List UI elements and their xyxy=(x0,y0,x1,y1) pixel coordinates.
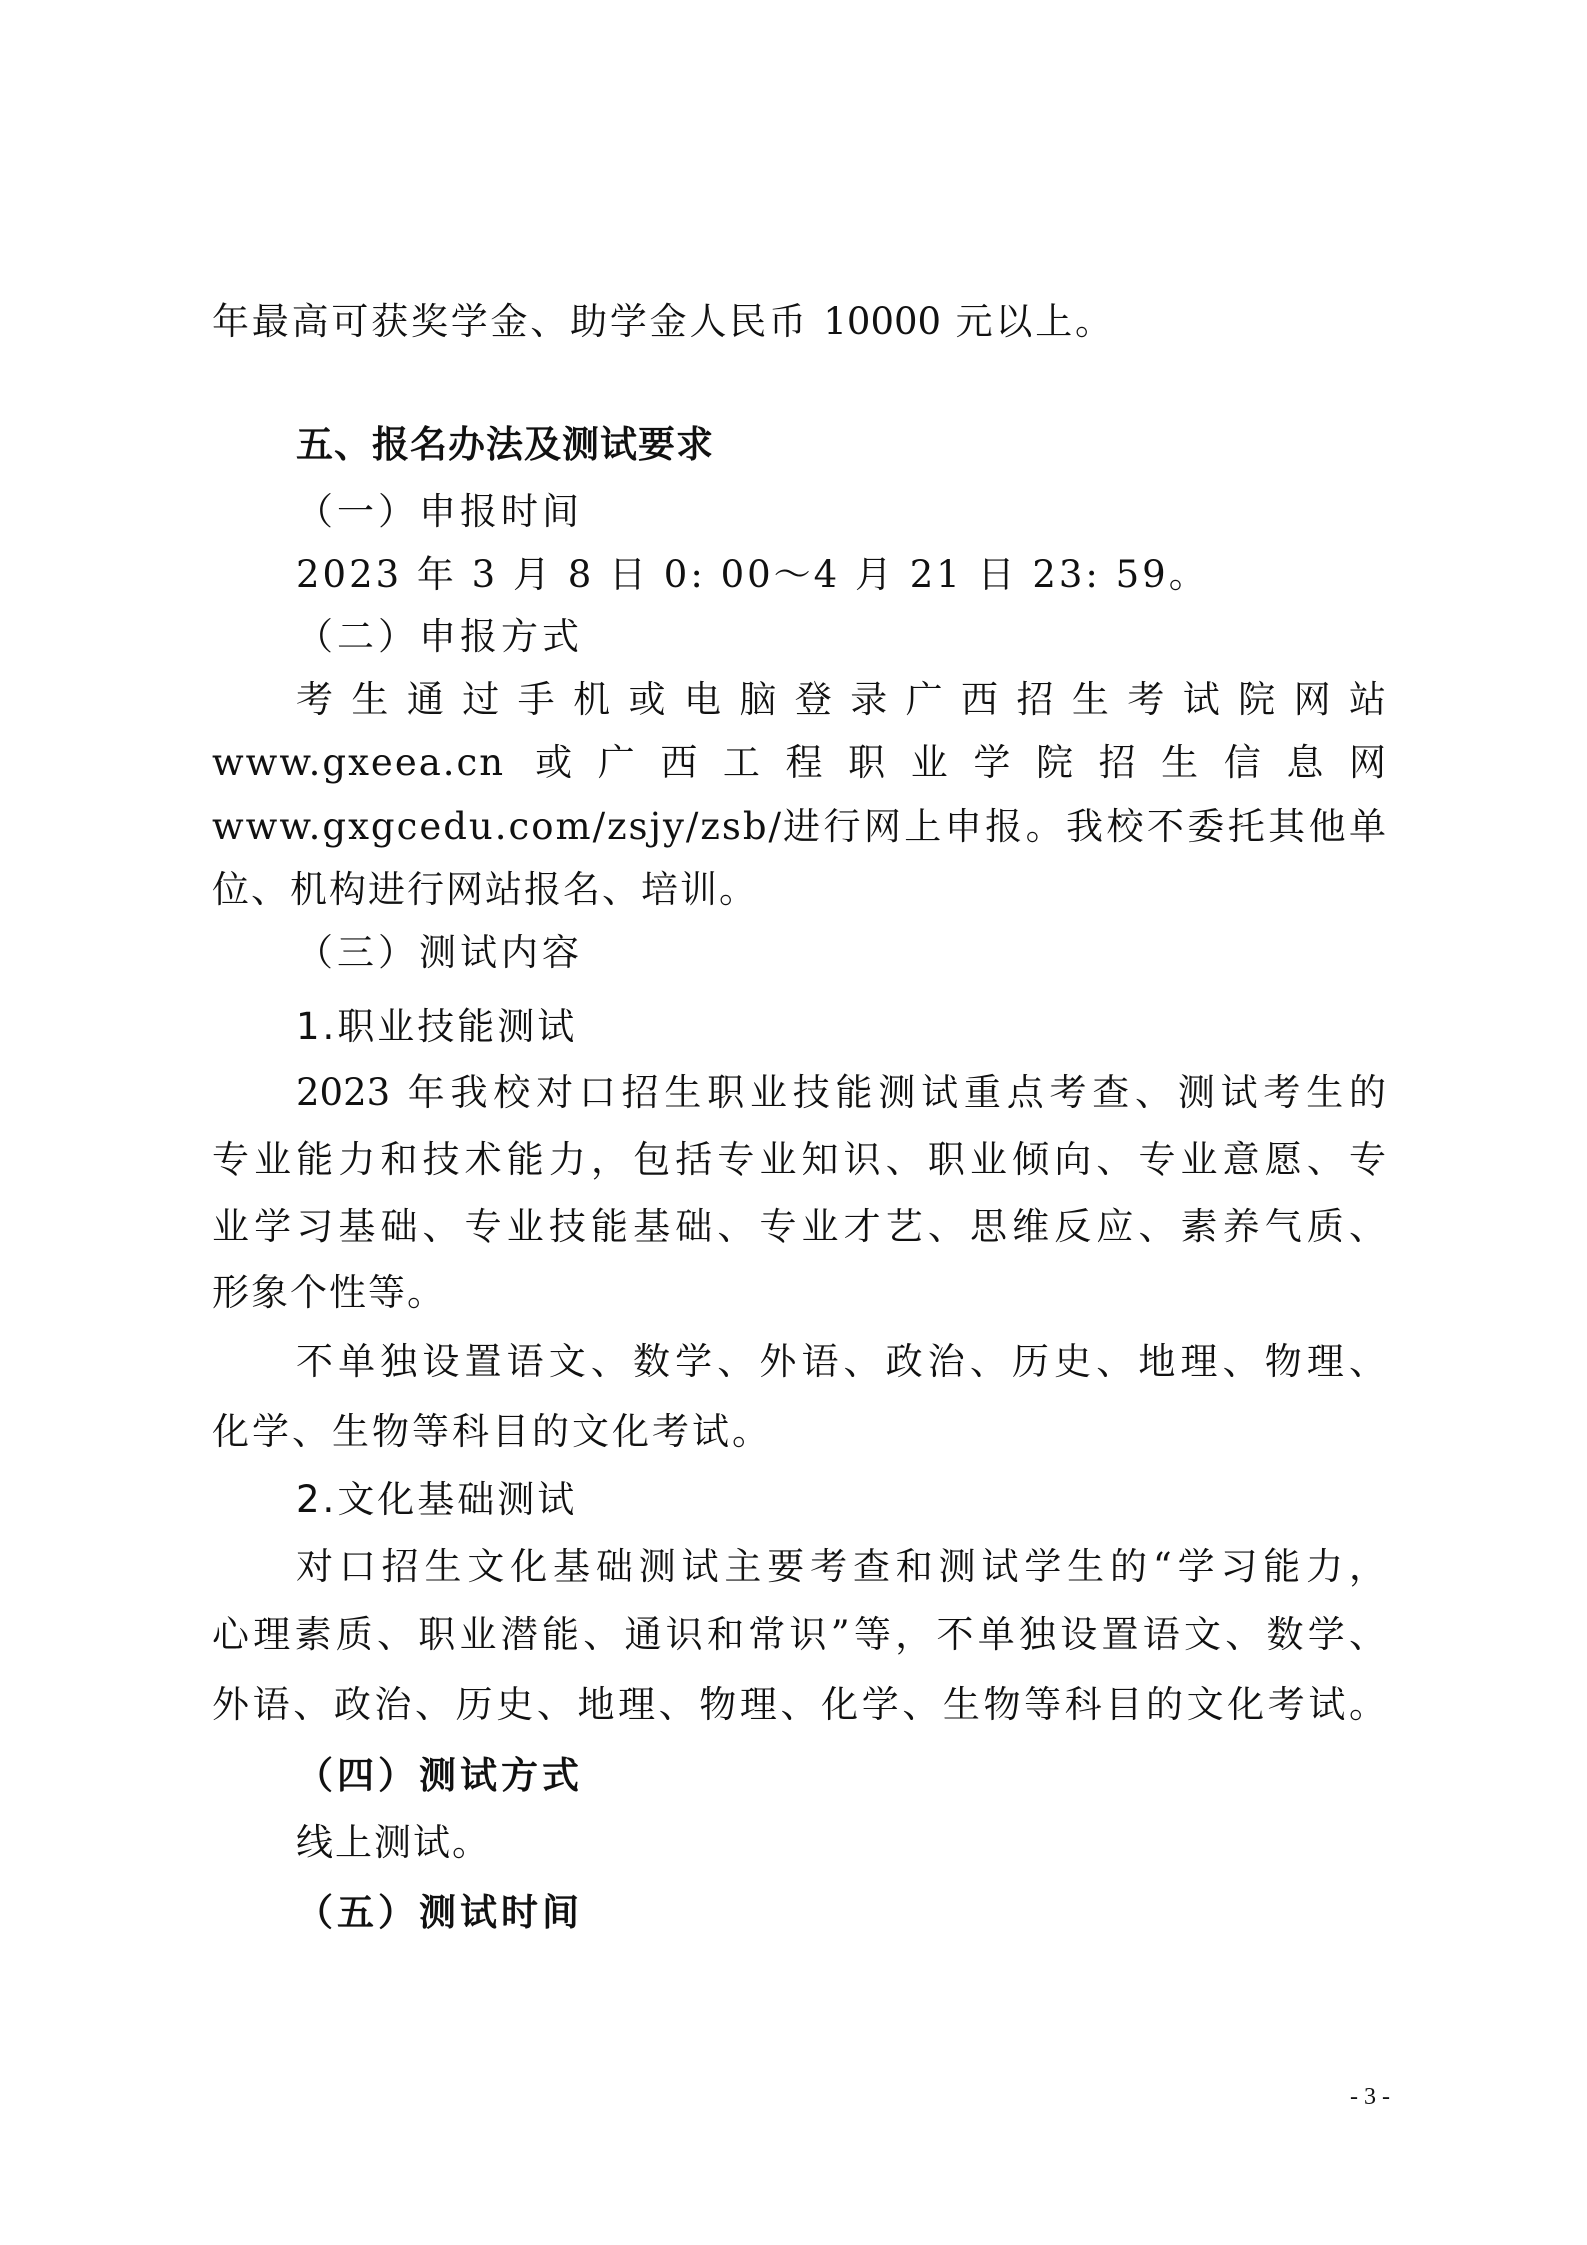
paragraph-line: www.gxeea.cn 或广西工程职业学院招生信息网 xyxy=(212,740,1386,786)
paragraph-text: 形象个性等。 xyxy=(212,1271,446,1314)
subsection-title-application-method: （二）申报方式 xyxy=(296,614,1386,660)
subsection-title-test-method: （四）测试方式 xyxy=(296,1752,1386,1798)
application-time-range: 2023 年 3 月 8 日 0: 00～4 月 21 日 23: 59。 xyxy=(296,552,1386,598)
paragraph-line: 对口招生文化基础测试主要考查和测试学生的“学习能力， xyxy=(296,1544,1386,1590)
subsection-title-text: （一）申报时间 xyxy=(296,490,583,533)
paragraph-line: 专业能力和技术能力，包括专业知识、职业倾向、专业意愿、专 xyxy=(212,1137,1386,1183)
paragraph-line: 2023 年我校对口招生职业技能测试重点考查、测试考生的 xyxy=(296,1070,1386,1116)
paragraph-line: 心理素质、职业潜能、通识和常识”等，不单独设置语文、数学、 xyxy=(212,1612,1386,1658)
item-number: 1. xyxy=(296,1005,337,1048)
paragraph-text: 化学、生物等科目的文化考试。 xyxy=(212,1410,772,1453)
section-heading-text: 五、报名办法及测试要求 xyxy=(296,423,714,466)
paragraph-line: www.gxgcedu.com/zsjy/zsb/ 进行网上申报。我校不委托其他… xyxy=(212,804,1386,850)
paragraph-line: 业学习基础、专业技能基础、专业才艺、思维反应、素养气质、 xyxy=(212,1204,1386,1250)
item-title-text: 职业技能测试 xyxy=(337,1005,577,1048)
paragraph-text: 或广西工程职业学院招生信息网 xyxy=(535,740,1386,786)
paragraph-line: 外语、政治、历史、地理、物理、化学、生物等科目的文化考试。 xyxy=(212,1682,1386,1728)
subsection-title-test-content: （三）测试内容 xyxy=(296,930,1386,976)
paragraph-text: 专业能力和技术能力，包括专业知识、职业倾向、专业意愿、专 xyxy=(212,1138,1386,1181)
subsection-title-text: （三）测试内容 xyxy=(296,931,583,974)
page-number: - 3 - xyxy=(1340,2084,1400,2111)
paragraph-text: 外语、政治、历史、地理、物理、化学、生物等科目的文化考试。 xyxy=(212,1683,1386,1726)
paragraph-text: 对口招生文化基础测试主要考查和测试学生的“学习能力， xyxy=(296,1545,1386,1588)
section-heading: 五、报名办法及测试要求 xyxy=(296,422,1386,468)
paragraph-text: 心理素质、职业潜能、通识和常识”等，不单独设置语文、数学、 xyxy=(212,1613,1386,1656)
paragraph-line: 线上测试。 xyxy=(296,1820,1386,1866)
paragraph-text: 线上测试。 xyxy=(296,1821,491,1864)
subsection-title-application-time: （一）申报时间 xyxy=(296,489,1386,535)
paragraph-text: 位、机构进行网站报名、培训。 xyxy=(212,868,758,911)
subsection-title-text: （四）测试方式 xyxy=(296,1753,583,1797)
link-gxgcedu[interactable]: www.gxgcedu.com/zsjy/zsb/ xyxy=(212,804,783,850)
subsection-title-text: （五）测试时间 xyxy=(296,1890,583,1934)
paragraph-text: 考生通过手机或电脑登录广西招生考试院网站 xyxy=(296,678,1386,721)
paragraph-text: 不单独设置语文、数学、外语、政治、历史、地理、物理、 xyxy=(296,1340,1386,1383)
item-number: 2. xyxy=(296,1478,337,1521)
paragraph-line: 考生通过手机或电脑登录广西招生考试院网站 xyxy=(296,677,1386,723)
date-range-text: 2023 年 3 月 8 日 0: 00～4 月 21 日 23: 59。 xyxy=(296,553,1209,596)
link-gxeea[interactable]: www.gxeea.cn xyxy=(212,740,505,786)
paragraph-text: 业学习基础、专业技能基础、专业才艺、思维反应、素养气质、 xyxy=(212,1205,1386,1248)
subsection-title-text: （二）申报方式 xyxy=(296,615,583,658)
paragraph-line: 化学、生物等科目的文化考试。 xyxy=(212,1409,1386,1455)
paragraph-line: 年最高可获奖学金、助学金人民币 10000 元以上。 xyxy=(212,299,1112,345)
paragraph-text: 进行网上申报。我校不委托其他单 xyxy=(783,804,1386,850)
item-title-text: 文化基础测试 xyxy=(337,1478,577,1521)
item-title-vocational-skills: 1.职业技能测试 xyxy=(296,1004,1386,1050)
paragraph-line: 形象个性等。 xyxy=(212,1270,1386,1316)
document-page: 年最高可获奖学金、助学金人民币 10000 元以上。 五、报名办法及测试要求 （… xyxy=(0,0,1587,2245)
paragraph-line: 位、机构进行网站报名、培训。 xyxy=(212,867,1386,913)
text-scholarship-amount: 年最高可获奖学金、助学金人民币 10000 元以上。 xyxy=(212,300,1112,343)
paragraph-text: 2023 年我校对口招生职业技能测试重点考查、测试考生的 xyxy=(296,1071,1386,1114)
paragraph-line: 不单独设置语文、数学、外语、政治、历史、地理、物理、 xyxy=(296,1339,1386,1385)
subsection-title-test-time: （五）测试时间 xyxy=(296,1889,1386,1935)
item-title-cultural-basics: 2.文化基础测试 xyxy=(296,1477,1386,1523)
